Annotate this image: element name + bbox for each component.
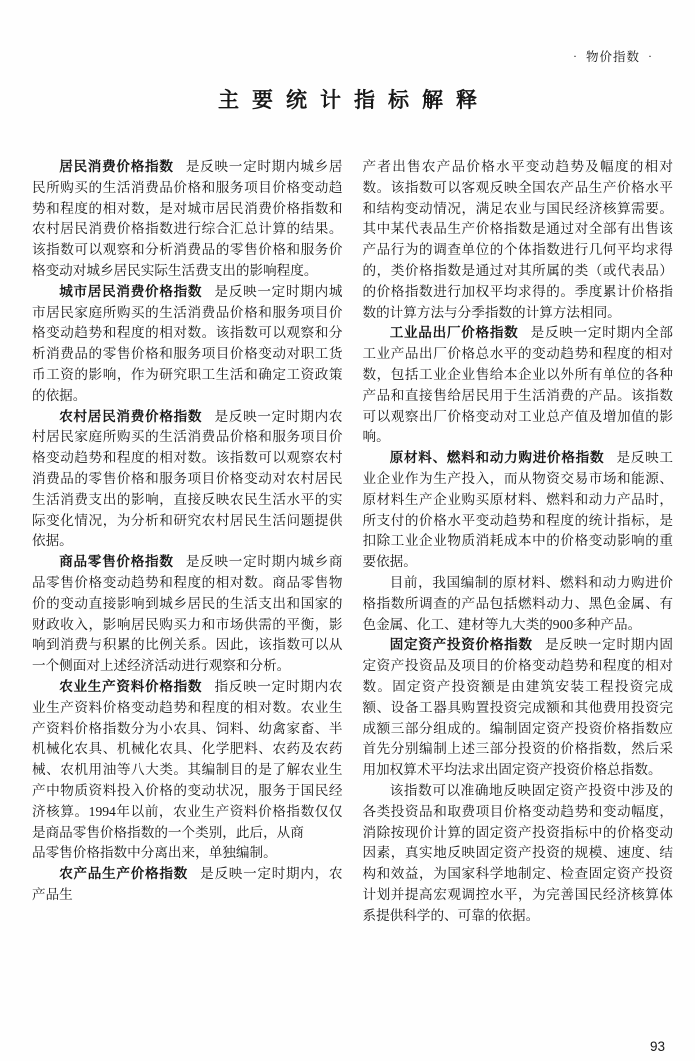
- bullet-icon: ·: [648, 49, 653, 64]
- paragraph-raw-material-price-index: 原材料、燃料和动力购进价格指数是反映工业企业作为生产投入，而从物资交易市场和能源…: [363, 448, 674, 573]
- term-definition: 是反映一定时期内固定资产投资品及项目的价格变动趋势和程度的相对数。固定资产投资额…: [363, 637, 674, 777]
- bullet-icon: ·: [573, 49, 578, 64]
- paragraph-agri-means-continuation: 品零售价格指数中分离出来，单独编制。: [32, 843, 343, 864]
- term-label: 农业生产资料价格指数: [59, 679, 202, 694]
- term-definition: 是反映工业企业作为生产投入，而从物资交易市场和能源、原材料生产企业购买原材料、燃…: [363, 450, 674, 569]
- term-label: 农村居民消费价格指数: [59, 409, 202, 424]
- paragraph-agri-producer-price-index: 农产品生产价格指数是反映一定时期内，农产品生: [32, 864, 343, 906]
- term-label: 城市居民消费价格指数: [59, 284, 202, 299]
- page-title: 主要统计指标解释: [0, 84, 695, 114]
- term-definition: 是反映一定时期内城乡居民所购买的生活消费品价格和服务项目价格变动趋势和程度的相对…: [32, 159, 343, 278]
- paragraph-consumer-price-index: 居民消费价格指数是反映一定时期内城乡居民所购买的生活消费品价格和服务项目价格变动…: [32, 157, 343, 282]
- running-head: ·物价指数·: [565, 47, 661, 65]
- right-column: 产者出售农产品价格水平变动趋势及幅度的相对数。该指数可以客观反映全国农产品生产价…: [363, 157, 674, 926]
- term-label: 商品零售价格指数: [59, 554, 173, 569]
- term-definition: 产者出售农产品价格水平变动趋势及幅度的相对数。该指数可以客观反映全国农产品生产价…: [363, 159, 674, 320]
- paragraph-ex-factory-price-index: 工业品出厂价格指数是反映一定时期内全部工业产品出厂价格总水平的变动趋势和程度的相…: [363, 323, 674, 448]
- document-page: ·物价指数· 主要统计指标解释 居民消费价格指数是反映一定时期内城乡居民所购买的…: [0, 0, 695, 1061]
- paragraph-rural-cpi: 农村居民消费价格指数是反映一定时期内农村居民家庭所购买的生活消费品价格和服务项目…: [32, 407, 343, 553]
- term-definition: 是反映一定时期内城市居民家庭所购买的生活消费品价格和服务项目价格变动趋势和程度的…: [32, 284, 343, 403]
- term-label: 工业品出厂价格指数: [390, 325, 519, 340]
- term-definition: 该指数可以准确地反映固定资产投资中涉及的各类投资品和取费项目价格变动趋势和变动幅…: [363, 783, 674, 923]
- paragraph-raw-material-note: 目前，我国编制的原材料、燃料和动力购进价格指数所调查的产品包括燃料动力、黑色金属…: [363, 573, 674, 635]
- term-definition: 品零售价格指数中分离出来，单独编制。: [32, 845, 277, 860]
- paragraph-urban-cpi: 城市居民消费价格指数是反映一定时期内城市居民家庭所购买的生活消费品价格和服务项目…: [32, 282, 343, 407]
- term-definition: 指反映一定时期内农业生产资料价格变动趋势和程度的相对数。农业生产资料价格指数分为…: [32, 679, 343, 840]
- left-column: 居民消费价格指数是反映一定时期内城乡居民所购买的生活消费品价格和服务项目价格变动…: [32, 157, 343, 926]
- term-label: 原材料、燃料和动力购进价格指数: [390, 450, 605, 465]
- paragraph-agri-means-price-index: 农业生产资料价格指数指反映一定时期内农业生产资料价格变动趋势和程度的相对数。农业…: [32, 677, 343, 843]
- term-label: 固定资产投资价格指数: [390, 637, 533, 652]
- page-number: 93: [650, 1039, 665, 1054]
- running-head-label: 物价指数: [586, 50, 640, 64]
- term-label: 农产品生产价格指数: [59, 866, 188, 881]
- paragraph-fixed-asset-note: 该指数可以准确地反映固定资产投资中涉及的各类投资品和取费项目价格变动趋势和变动幅…: [363, 781, 674, 927]
- term-label: 居民消费价格指数: [59, 159, 173, 174]
- text-columns: 居民消费价格指数是反映一定时期内城乡居民所购买的生活消费品价格和服务项目价格变动…: [32, 157, 673, 926]
- paragraph-agri-producer-continuation: 产者出售农产品价格水平变动趋势及幅度的相对数。该指数可以客观反映全国农产品生产价…: [363, 157, 674, 323]
- paragraph-fixed-asset-price-index: 固定资产投资价格指数是反映一定时期内固定资产投资品及项目的价格变动趋势和程度的相…: [363, 635, 674, 781]
- term-definition: 是反映一定时期内全部工业产品出厂价格总水平的变动趋势和程度的相对数，包括工业企业…: [363, 325, 674, 444]
- term-definition: 目前，我国编制的原材料、燃料和动力购进价格指数所调查的产品包括燃料动力、黑色金属…: [363, 575, 674, 632]
- paragraph-retail-price-index: 商品零售价格指数是反映一定时期内城乡商品零售价格变动趋势和程度的相对数。商品零售…: [32, 552, 343, 677]
- term-definition: 是反映一定时期内农村居民家庭所购买的生活消费品价格和服务项目价格变动趋势和程度的…: [32, 409, 343, 549]
- term-definition: 是反映一定时期内城乡商品零售价格变动趋势和程度的相对数。商品零售物价的变动直接影…: [32, 554, 343, 673]
